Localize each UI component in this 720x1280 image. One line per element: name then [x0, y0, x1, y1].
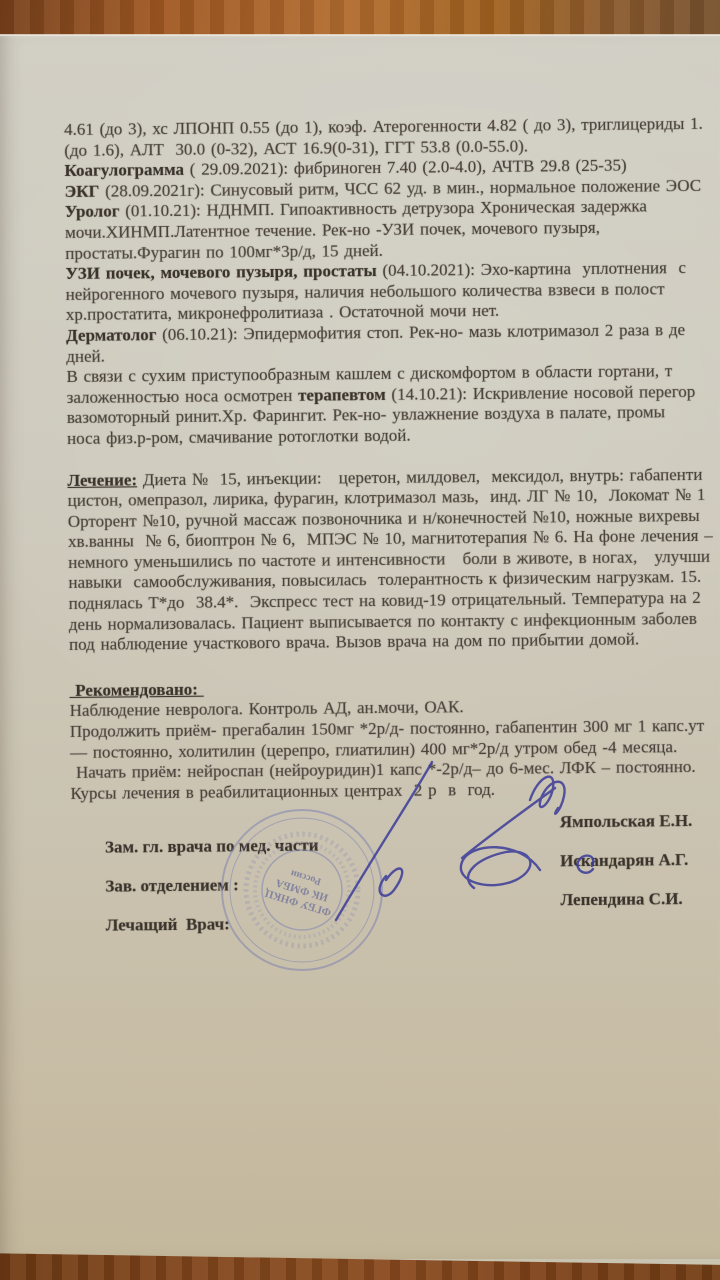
signature-name: Ямпольская Е.Н.: [560, 811, 693, 833]
signature-block: Зам. гл. врача по мед. части Ямпольская …: [71, 811, 720, 917]
signature-name: Искандарян А.Г.: [560, 850, 688, 872]
signature-row-deputy-head: Зам. гл. врача по мед. части Ямпольская …: [71, 811, 720, 839]
wooden-table-top: [0, 0, 720, 38]
signature-label: Зав. отделением :: [105, 875, 239, 895]
document-text: 4.61 (до 3), хс ЛПОНП 0.55 (до 1), коэф.…: [64, 113, 720, 934]
paper-top-edge: [0, 34, 720, 36]
signature-name: Лепендина С.И.: [560, 890, 682, 912]
signature-label: Лечащий Врач:: [106, 914, 230, 934]
photo-of-document: 4.61 (до 3), хс ЛПОНП 0.55 (до 1), коэф.…: [0, 0, 720, 1280]
